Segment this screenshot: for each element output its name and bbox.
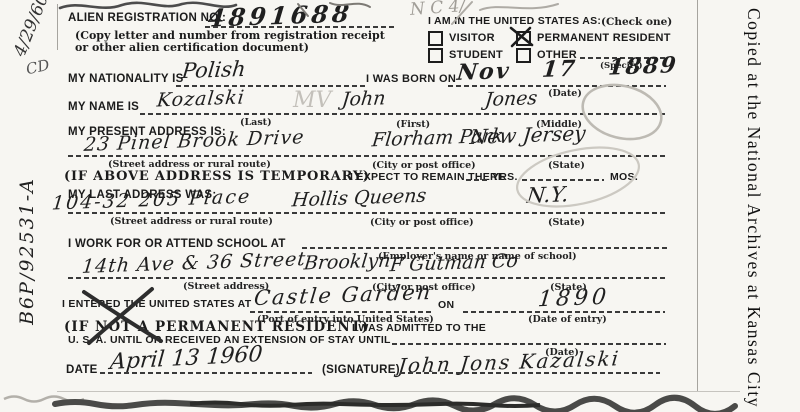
date-line (100, 372, 312, 374)
entered-label: I ENTERED THE UNITED STATES AT (62, 298, 251, 310)
alien-registration-label: ALIEN REGISTRATION NO.: (68, 12, 226, 24)
margin-initials: CD (24, 56, 51, 78)
mos-label: MOS. (610, 171, 638, 183)
entered-port-value: Castle Garden (253, 280, 434, 310)
date-label: DATE (66, 364, 98, 376)
born-line (448, 85, 666, 87)
present-address-line (68, 155, 668, 157)
name-first-value: John (341, 87, 387, 111)
bottom-tear-strip (55, 398, 735, 412)
name-last-value: Kozalski (156, 86, 246, 111)
name-middle-value: Jones (484, 87, 539, 111)
pencil-middle-note: MV (293, 88, 331, 113)
permanent-resident-label: PERMANENT RESIDENT (537, 32, 671, 44)
last-address-line (68, 212, 668, 214)
last-state-hint: (State) (548, 217, 585, 228)
entry-date-line (463, 311, 665, 313)
name-label: MY NAME IS (68, 101, 139, 113)
work-employer-value: F Gutman Co (389, 250, 519, 277)
visitor-checkbox (428, 31, 443, 46)
date-value: April 13 1960 (109, 342, 264, 375)
last-city-value: Hollis Queens (291, 185, 428, 212)
entry-date-hint: (Date of entry) (528, 314, 607, 325)
yrs-line (466, 179, 488, 181)
copied-at-archives-stamp: Copied at the National Archives at Kansa… (743, 8, 764, 406)
temporary-label: I EXPECT TO REMAIN THERE (350, 171, 505, 183)
margin-date-note: 4/29/60 (10, 0, 53, 59)
bottom-tear-light (4, 397, 84, 402)
permanent-resident-checkbox (516, 31, 531, 46)
visitor-label: VISITOR (449, 32, 495, 44)
born-label: I WAS BORN ON (366, 73, 456, 85)
admitted-label-1: I WAS ADMITTED TO THE (352, 322, 486, 334)
signature-label: (SIGNATURE) (322, 364, 400, 376)
last-street-hint: (Street address or rural route) (110, 216, 273, 227)
signature-line (400, 372, 660, 374)
name-line (140, 113, 666, 115)
work-line (302, 247, 668, 249)
last-state-value: N.Y. (526, 182, 570, 208)
nationality-line (176, 85, 366, 87)
stay-until-line (392, 343, 666, 345)
margin-file-number: B6P/92531-A (16, 141, 38, 361)
alien-number-line (205, 26, 397, 28)
present-city-hint: (City or post office) (372, 160, 476, 171)
student-checkbox (428, 48, 443, 63)
card-left-edge (57, 4, 58, 50)
work-city-value: Brooklyn (303, 249, 392, 274)
nationality-label: MY NATIONALITY IS (68, 73, 184, 85)
card-bottom-edge (57, 391, 740, 392)
mos-line (522, 179, 604, 181)
card-right-edge (697, 0, 698, 392)
status-label: I AM IN THE UNITED STATES AS: (428, 15, 601, 27)
name-last-hint: (Last) (240, 117, 272, 128)
work-address-line (68, 277, 668, 279)
entered-on-label: ON (438, 299, 454, 311)
yrs-label: YRS. (492, 171, 518, 183)
born-date-hint: (Date) (548, 88, 582, 99)
work-label: I WORK FOR OR ATTEND SCHOOL AT (68, 238, 286, 250)
temporary-bold-label: (IF ABOVE ADDRESS IS TEMPORARY) (64, 169, 370, 184)
nationality-value: Polish (181, 57, 247, 83)
present-state-value: New Jersey (469, 121, 587, 149)
admitted-bold-label: (IF NOT A PERMANENT RESIDENT) (64, 319, 369, 335)
copy-instruction-line2: or other alien certification document) (75, 41, 309, 54)
entered-year-value: 1890 (537, 285, 612, 313)
bottom-tear-dark (190, 403, 540, 407)
work-street-value: 14th Ave & 36 Street (81, 248, 307, 278)
last-city-hint: (City or post office) (370, 217, 474, 228)
pencil-circle-middle-name (577, 77, 667, 147)
status-check-one-hint: (Check one) (601, 16, 672, 28)
present-state-hint: (State) (548, 160, 585, 171)
scanned-alien-registration-card: ALIEN REGISTRATION NO.: 4891688 N C 4/ (… (0, 0, 800, 412)
port-line (250, 311, 433, 313)
